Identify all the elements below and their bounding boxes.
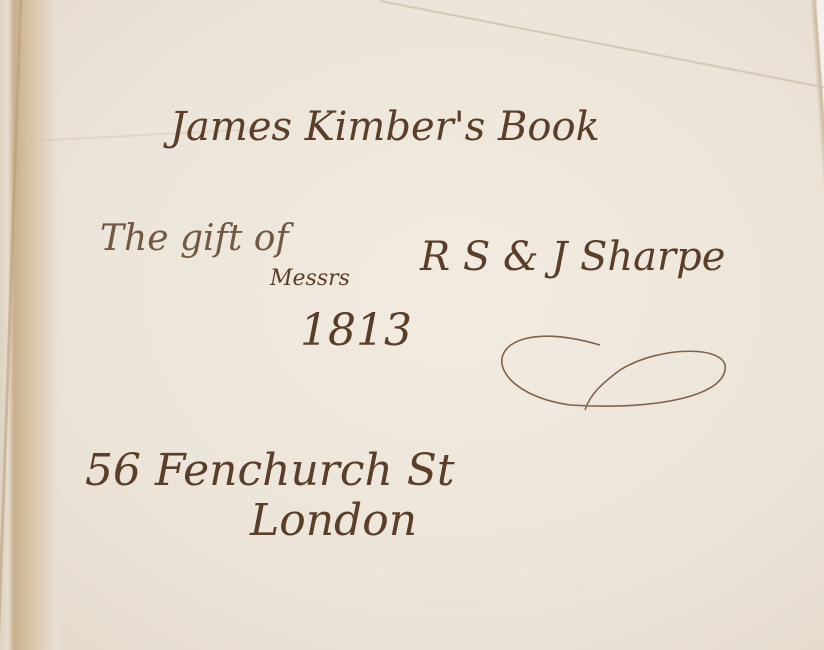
year-text: 1813 (300, 305, 412, 356)
address-city: London (249, 495, 417, 546)
handwriting-layer: James Kimber's Book The gift of Messrs R… (0, 0, 824, 650)
gift-of-text: The gift of (100, 218, 294, 259)
decorative-flourish (502, 336, 725, 410)
honorific-text: Messrs (269, 266, 350, 291)
giver-names: R S & J Sharpe (419, 234, 725, 280)
book-page-photo: James Kimber's Book The gift of Messrs R… (0, 0, 824, 650)
address-street: 56 Fenchurch St (85, 445, 455, 496)
owner-line: James Kimber's Book (163, 104, 600, 150)
